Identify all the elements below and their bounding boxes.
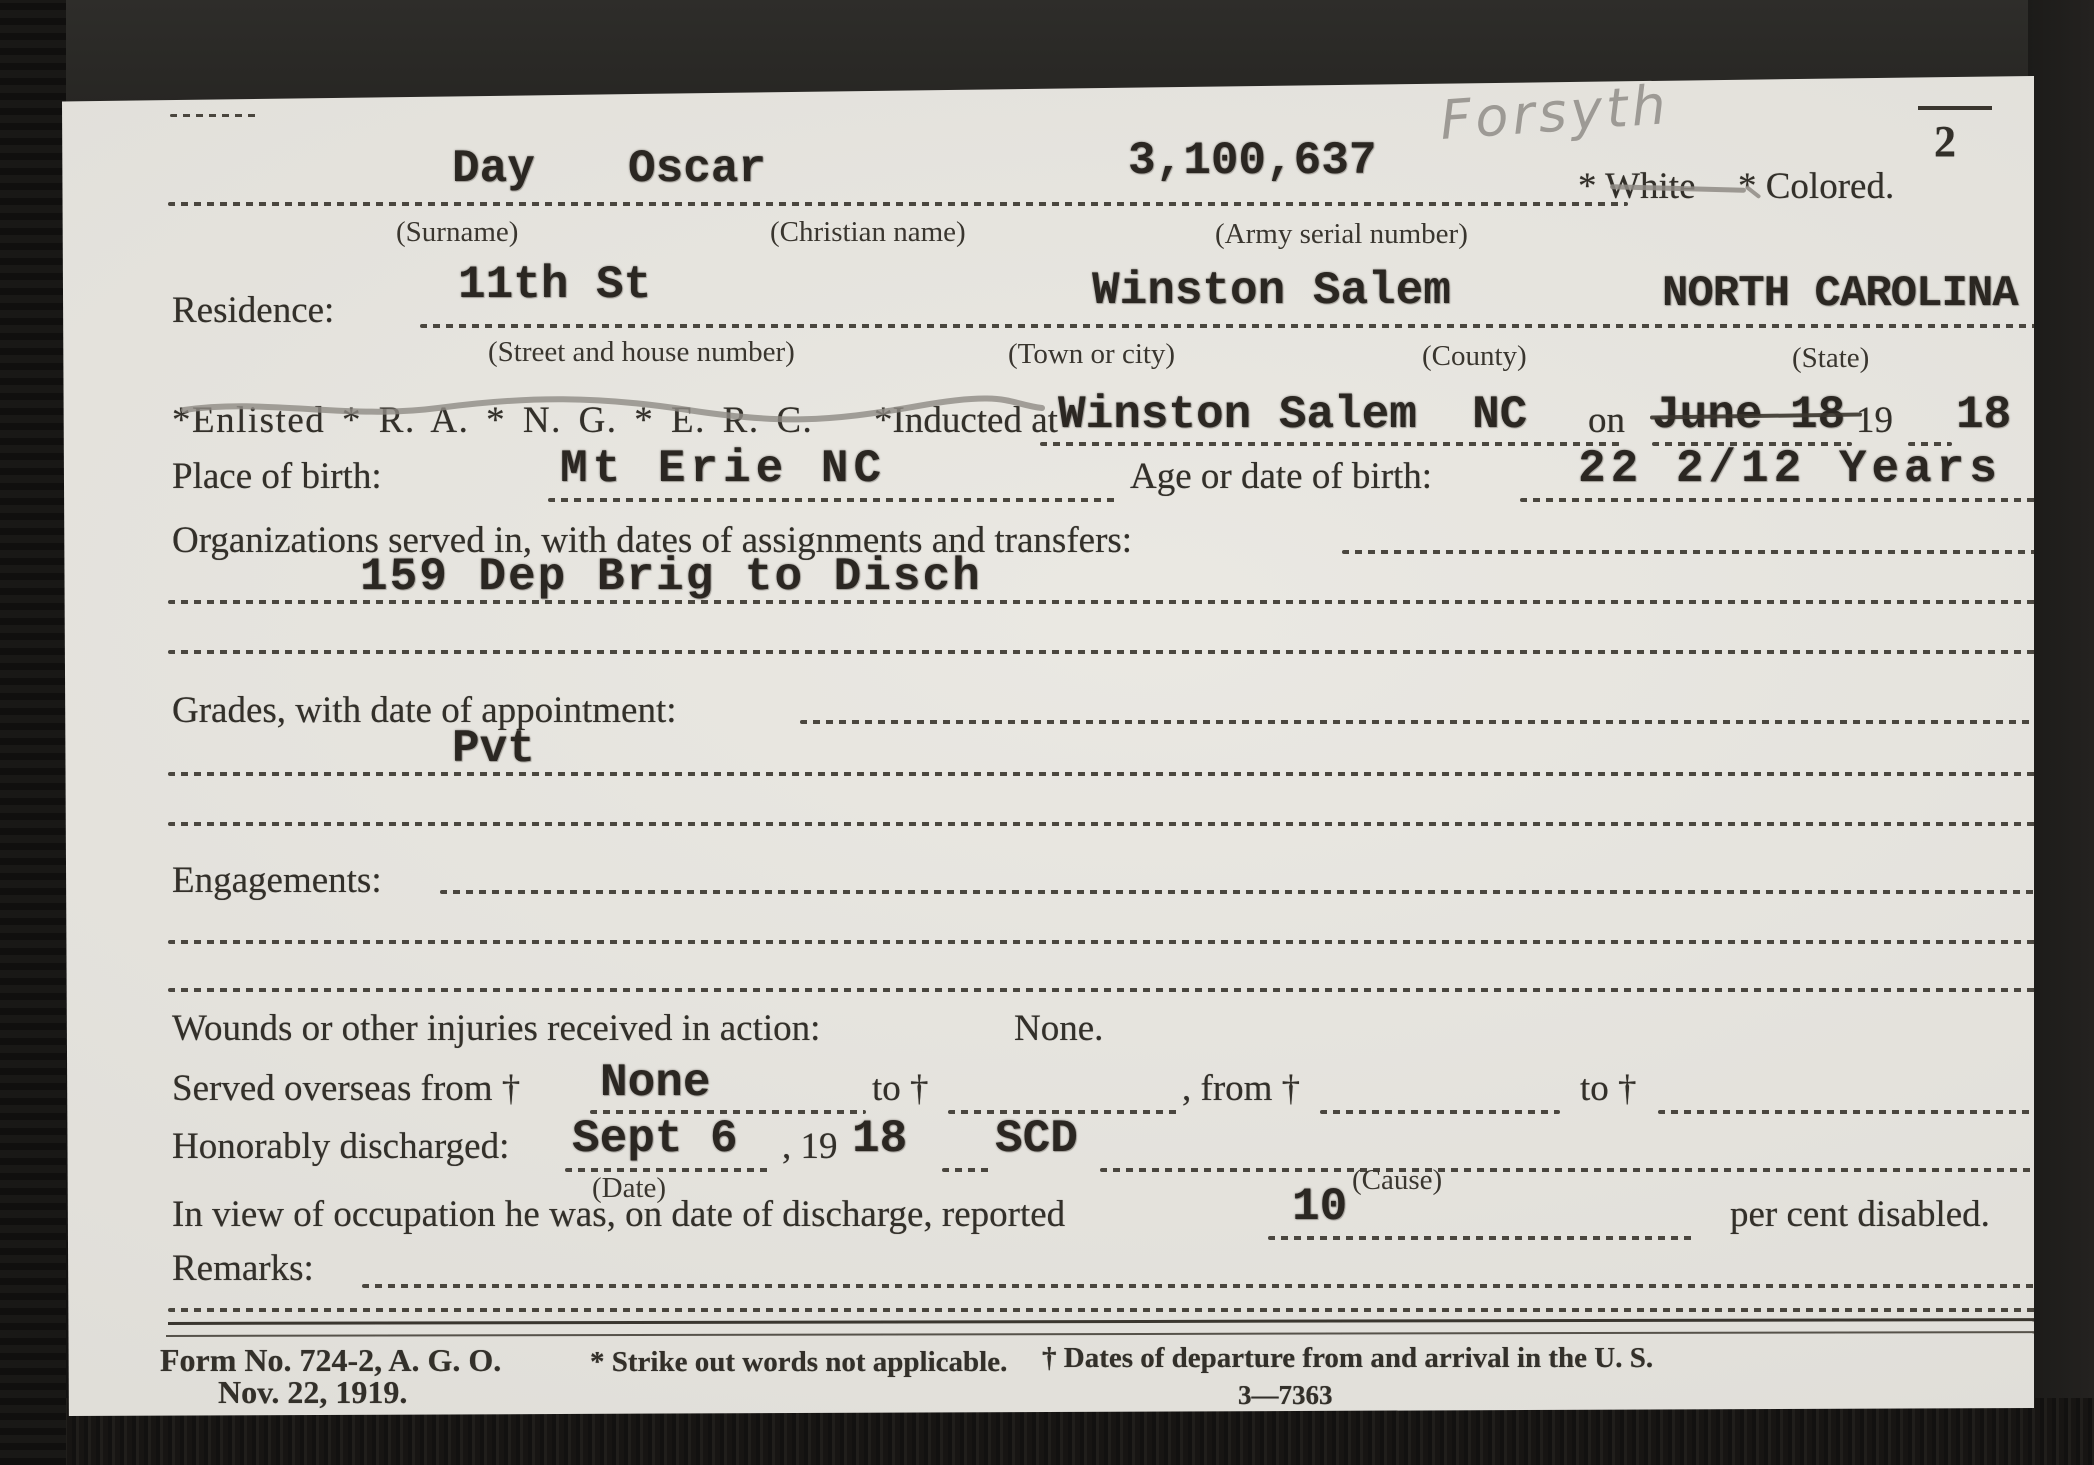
dotted-rule xyxy=(1342,550,2070,554)
dotted-rule xyxy=(168,1308,2070,1312)
dagger-note: † Dates of departure from and arrival in… xyxy=(1042,1344,1653,1373)
remarks-label: Remarks: xyxy=(172,1250,314,1287)
age-label: Age or date of birth: xyxy=(1130,458,1432,495)
dotted-rule xyxy=(168,202,1628,206)
disability-value: 10 xyxy=(1292,1184,1347,1230)
dotted-rule xyxy=(168,772,2070,776)
overseas-label: Served overseas from † xyxy=(172,1070,520,1107)
form-date: Nov. 22, 1919. xyxy=(218,1376,407,1408)
overseas-from2-label: , from † xyxy=(1182,1070,1300,1107)
street-caption: (Street and house number) xyxy=(488,338,795,367)
cause-caption: (Cause) xyxy=(1352,1166,1442,1195)
scanner-background-right xyxy=(2028,0,2094,1465)
on-label: on xyxy=(1588,402,1625,439)
print-code: 3—7363 xyxy=(1238,1382,1333,1409)
grades-label: Grades, with date of appointment: xyxy=(172,692,677,729)
state-caption: (State) xyxy=(1792,344,1869,373)
dotted-rule xyxy=(1520,498,2070,502)
dotted-rule xyxy=(800,720,2070,724)
residence-state-value: NORTH CAROLINA xyxy=(1662,272,2018,316)
race-option-colored: * Colored. xyxy=(1738,168,1894,205)
grades-value: Pvt xyxy=(452,726,535,772)
serial-caption: (Army serial number) xyxy=(1215,220,1468,249)
discharged-label: Honorably discharged: xyxy=(172,1128,509,1165)
overseas-to1-label: to † xyxy=(872,1070,929,1107)
dotted-rule xyxy=(362,1284,2070,1288)
serial-number-value: 3,100,637 xyxy=(1128,138,1376,184)
town-caption: (Town or city) xyxy=(1008,340,1175,369)
place-of-birth-value: Mt Erie NC xyxy=(560,446,886,492)
page-number: 2 xyxy=(1934,120,1956,164)
page-number-rule xyxy=(1918,106,1992,110)
overseas-from1-value: None xyxy=(600,1060,710,1106)
dotted-rule xyxy=(168,600,2070,604)
dotted-rule xyxy=(170,114,258,117)
residence-label: Residence: xyxy=(172,292,334,329)
discharge-cause-value: SCD xyxy=(995,1116,1078,1162)
surname-value: Day xyxy=(452,146,535,192)
discharge-date-value: Sept 6 xyxy=(572,1116,738,1162)
dotted-rule xyxy=(168,988,2052,992)
dotted-rule xyxy=(168,822,2070,826)
form-number: Form No. 724-2, A. G. O. xyxy=(160,1344,501,1376)
induction-year-value: 18 xyxy=(1956,392,2011,438)
dotted-rule xyxy=(1040,442,1620,446)
dotted-rule xyxy=(548,498,1120,502)
wounds-value: None. xyxy=(1014,1010,1103,1047)
christian-name-value: Oscar xyxy=(628,146,766,192)
bottom-rule-thin xyxy=(166,1331,2072,1337)
surname-caption: (Surname) xyxy=(396,218,518,247)
wounds-label: Wounds or other injuries received in act… xyxy=(172,1010,820,1047)
bottom-rule-thick xyxy=(168,1318,2070,1325)
dotted-rule xyxy=(1100,1168,2070,1172)
dotted-rule xyxy=(168,650,2070,654)
overseas-to2-label: to † xyxy=(1580,1070,1637,1107)
discharge-year-value: 18 xyxy=(852,1116,907,1162)
dotted-rule xyxy=(942,1168,990,1172)
dotted-rule xyxy=(440,890,2070,894)
residence-street-value: 11th St xyxy=(458,262,651,308)
pencil-strikethrough-options xyxy=(178,392,1048,426)
strike-note: * Strike out words not applicable. xyxy=(590,1348,1007,1377)
dotted-rule xyxy=(1658,1110,2070,1114)
printed-year-19: 19 xyxy=(1856,402,1893,439)
dotted-rule xyxy=(168,940,2070,944)
disability-suffix: per cent disabled. xyxy=(1730,1196,1990,1233)
service-record-card: Forsyth 2 Day Oscar 3,100,637 * White * … xyxy=(62,76,2034,1416)
county-caption: (County) xyxy=(1422,342,1527,371)
organizations-value: 159 Dep Brig to Disch xyxy=(360,554,982,600)
inducted-place-value: Winston Salem NC xyxy=(1058,392,1527,438)
disability-label: In view of occupation he was, on date of… xyxy=(172,1196,1065,1233)
discharge-printed-year: , 19 xyxy=(782,1128,838,1165)
dotted-rule xyxy=(420,324,2070,328)
engagements-label: Engagements: xyxy=(172,862,382,899)
dotted-rule xyxy=(1320,1110,1560,1114)
book-binding-edge xyxy=(0,0,66,1465)
place-of-birth-label: Place of birth: xyxy=(172,458,382,495)
handwritten-county: Forsyth xyxy=(1438,78,1671,148)
residence-town-value: Winston Salem xyxy=(1092,268,1451,314)
dotted-rule xyxy=(1268,1236,1696,1240)
age-value: 22 2/12 Years xyxy=(1578,446,2002,492)
christian-name-caption: (Christian name) xyxy=(770,218,966,247)
